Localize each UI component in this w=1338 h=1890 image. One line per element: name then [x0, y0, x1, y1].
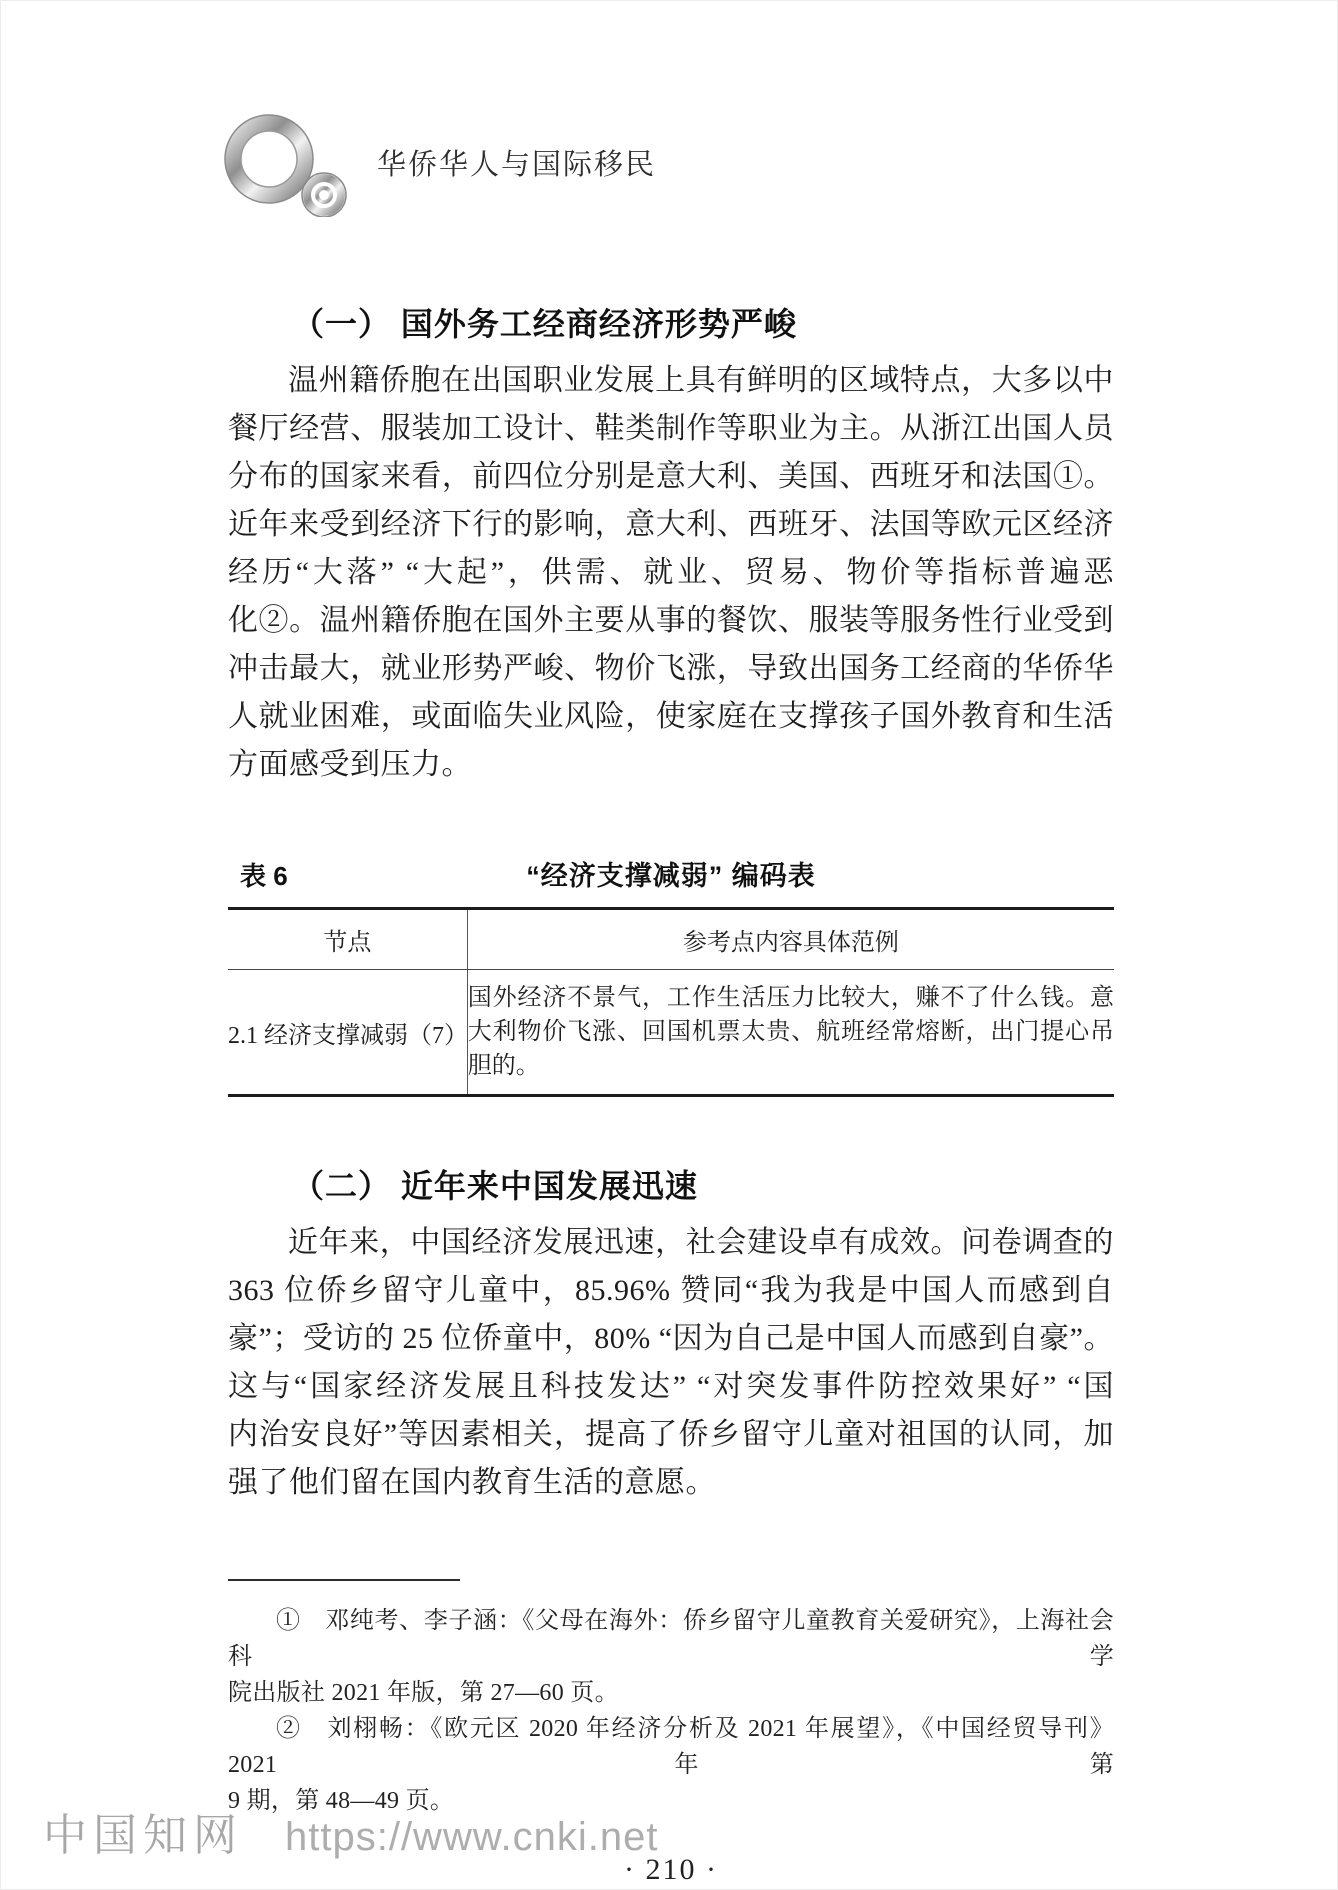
body-text-line: 化②。温州籍侨胞在国外主要从事的餐饮、服装等服务性行业受到 — [228, 597, 1114, 645]
body-text-line: 冲击最大，就业形势严峻、物价飞涨，导致出国务工经商的华侨华 — [228, 645, 1114, 693]
body-text-line: 强了他们留在国内教育生活的意愿。 — [228, 1459, 1114, 1507]
body-text-line: 这与“国家经济发展且科技发达” “对突发事件防控效果好” “国 — [228, 1363, 1114, 1411]
body-text-line: 经历“大落” “大起”，供需、就业、贸易、物价等指标普遍恶 — [228, 549, 1114, 597]
body-text-line: 人就业困难，或面临失业风险，使家庭在支撑孩子国外教育和生活 — [228, 693, 1114, 741]
cnki-logo-text: 中国知网 — [43, 1799, 243, 1863]
journal-title: 华侨华人与国际移民 — [377, 142, 656, 189]
table-header-example: 参考点内容具体范例 — [467, 909, 1114, 970]
coding-table: 节点 参考点内容具体范例 2.1 经济支撑减弱（7） 国外经济不景气，工作生活压… — [228, 907, 1114, 1097]
table-caption-label: 表 6 — [240, 855, 288, 897]
cnki-watermark: 中国知网 https://www.cnki.net — [43, 1799, 658, 1863]
footnote-divider — [228, 1579, 460, 1581]
section-2-paragraph: 近年来，中国经济发展迅速，社会建设卓有成效。问卷调查的 363 位侨乡留守儿童中… — [228, 1219, 1114, 1507]
body-text-line: 近年来，中国经济发展迅速，社会建设卓有成效。问卷调查的 — [228, 1219, 1114, 1267]
cnki-url-text: https://www.cnki.net — [285, 1815, 658, 1860]
rings-logo-icon — [223, 113, 351, 217]
body-text-line: 餐厅经营、服装加工设计、鞋类制作等职业为主。从浙江出国人员 — [228, 405, 1114, 453]
section-2-heading: （二） 近年来中国发展迅速 — [228, 1163, 1114, 1209]
table-cell-node: 2.1 经济支撑减弱（7） — [228, 970, 467, 1096]
body-text-line: 温州籍侨胞在出国职业发展上具有鲜明的区域特点，大多以中 — [228, 357, 1114, 405]
footnote-line: ② 刘栩畅：《欧元区 2020 年经济分析及 2021 年展望》，《中国经贸导刊… — [228, 1711, 1114, 1783]
table-caption: 表 6 “经济支撑减弱” 编码表 — [228, 855, 1114, 897]
section-1-paragraph: 温州籍侨胞在出国职业发展上具有鲜明的区域特点，大多以中 餐厅经营、服装加工设计、… — [228, 357, 1114, 789]
document-page: 华侨华人与国际移民 （一） 国外务工经商经济形势严峻 温州籍侨胞在出国职业发展上… — [0, 0, 1338, 1890]
body-text-line: 内治安良好”等因素相关，提高了侨乡留守儿童对祖国的认同，加 — [228, 1411, 1114, 1459]
body-text-line: 方面感受到压力。 — [228, 741, 1114, 789]
footnote-line: ① 邓纯考、李子涵：《父母在海外：侨乡留守儿童教育关爱研究》，上海社会科学 — [228, 1603, 1114, 1675]
body-text-line: 豪”；受访的 25 位侨童中，80% “因为自己是中国人而感到自豪”。 — [228, 1315, 1114, 1363]
page-header: 华侨华人与国际移民 — [223, 113, 656, 217]
section-1-heading: （一） 国外务工经商经济形势严峻 — [228, 301, 1114, 347]
table-header-row: 节点 参考点内容具体范例 — [228, 909, 1114, 970]
table-6-block: 表 6 “经济支撑减弱” 编码表 节点 参考点内容具体范例 2.1 经济支撑减弱… — [228, 855, 1114, 1097]
table-cell-example: 国外经济不景气，工作生活压力比较大，赚不了什么钱。意大利物价飞涨、回国机票太贵、… — [467, 970, 1114, 1096]
main-content: （一） 国外务工经商经济形势严峻 温州籍侨胞在出国职业发展上具有鲜明的区域特点，… — [228, 301, 1114, 1887]
body-text-line: 分布的国家来看，前四位分别是意大利、美国、西班牙和法国①。 — [228, 453, 1114, 501]
table-row: 2.1 经济支撑减弱（7） 国外经济不景气，工作生活压力比较大，赚不了什么钱。意… — [228, 970, 1114, 1096]
body-text-line: 近年来受到经济下行的影响，意大利、西班牙、法国等欧元区经济 — [228, 501, 1114, 549]
footnote-line: 院出版社 2021 年版，第 27—60 页。 — [228, 1675, 1114, 1711]
table-header-node: 节点 — [228, 909, 467, 970]
body-text-line: 363 位侨乡留守儿童中，85.96% 赞同“我为我是中国人而感到自 — [228, 1267, 1114, 1315]
footnotes-block: ① 邓纯考、李子涵：《父母在海外：侨乡留守儿童教育关爱研究》，上海社会科学 院出… — [228, 1579, 1114, 1819]
table-caption-title: “经济支撑减弱” 编码表 — [228, 855, 1114, 897]
